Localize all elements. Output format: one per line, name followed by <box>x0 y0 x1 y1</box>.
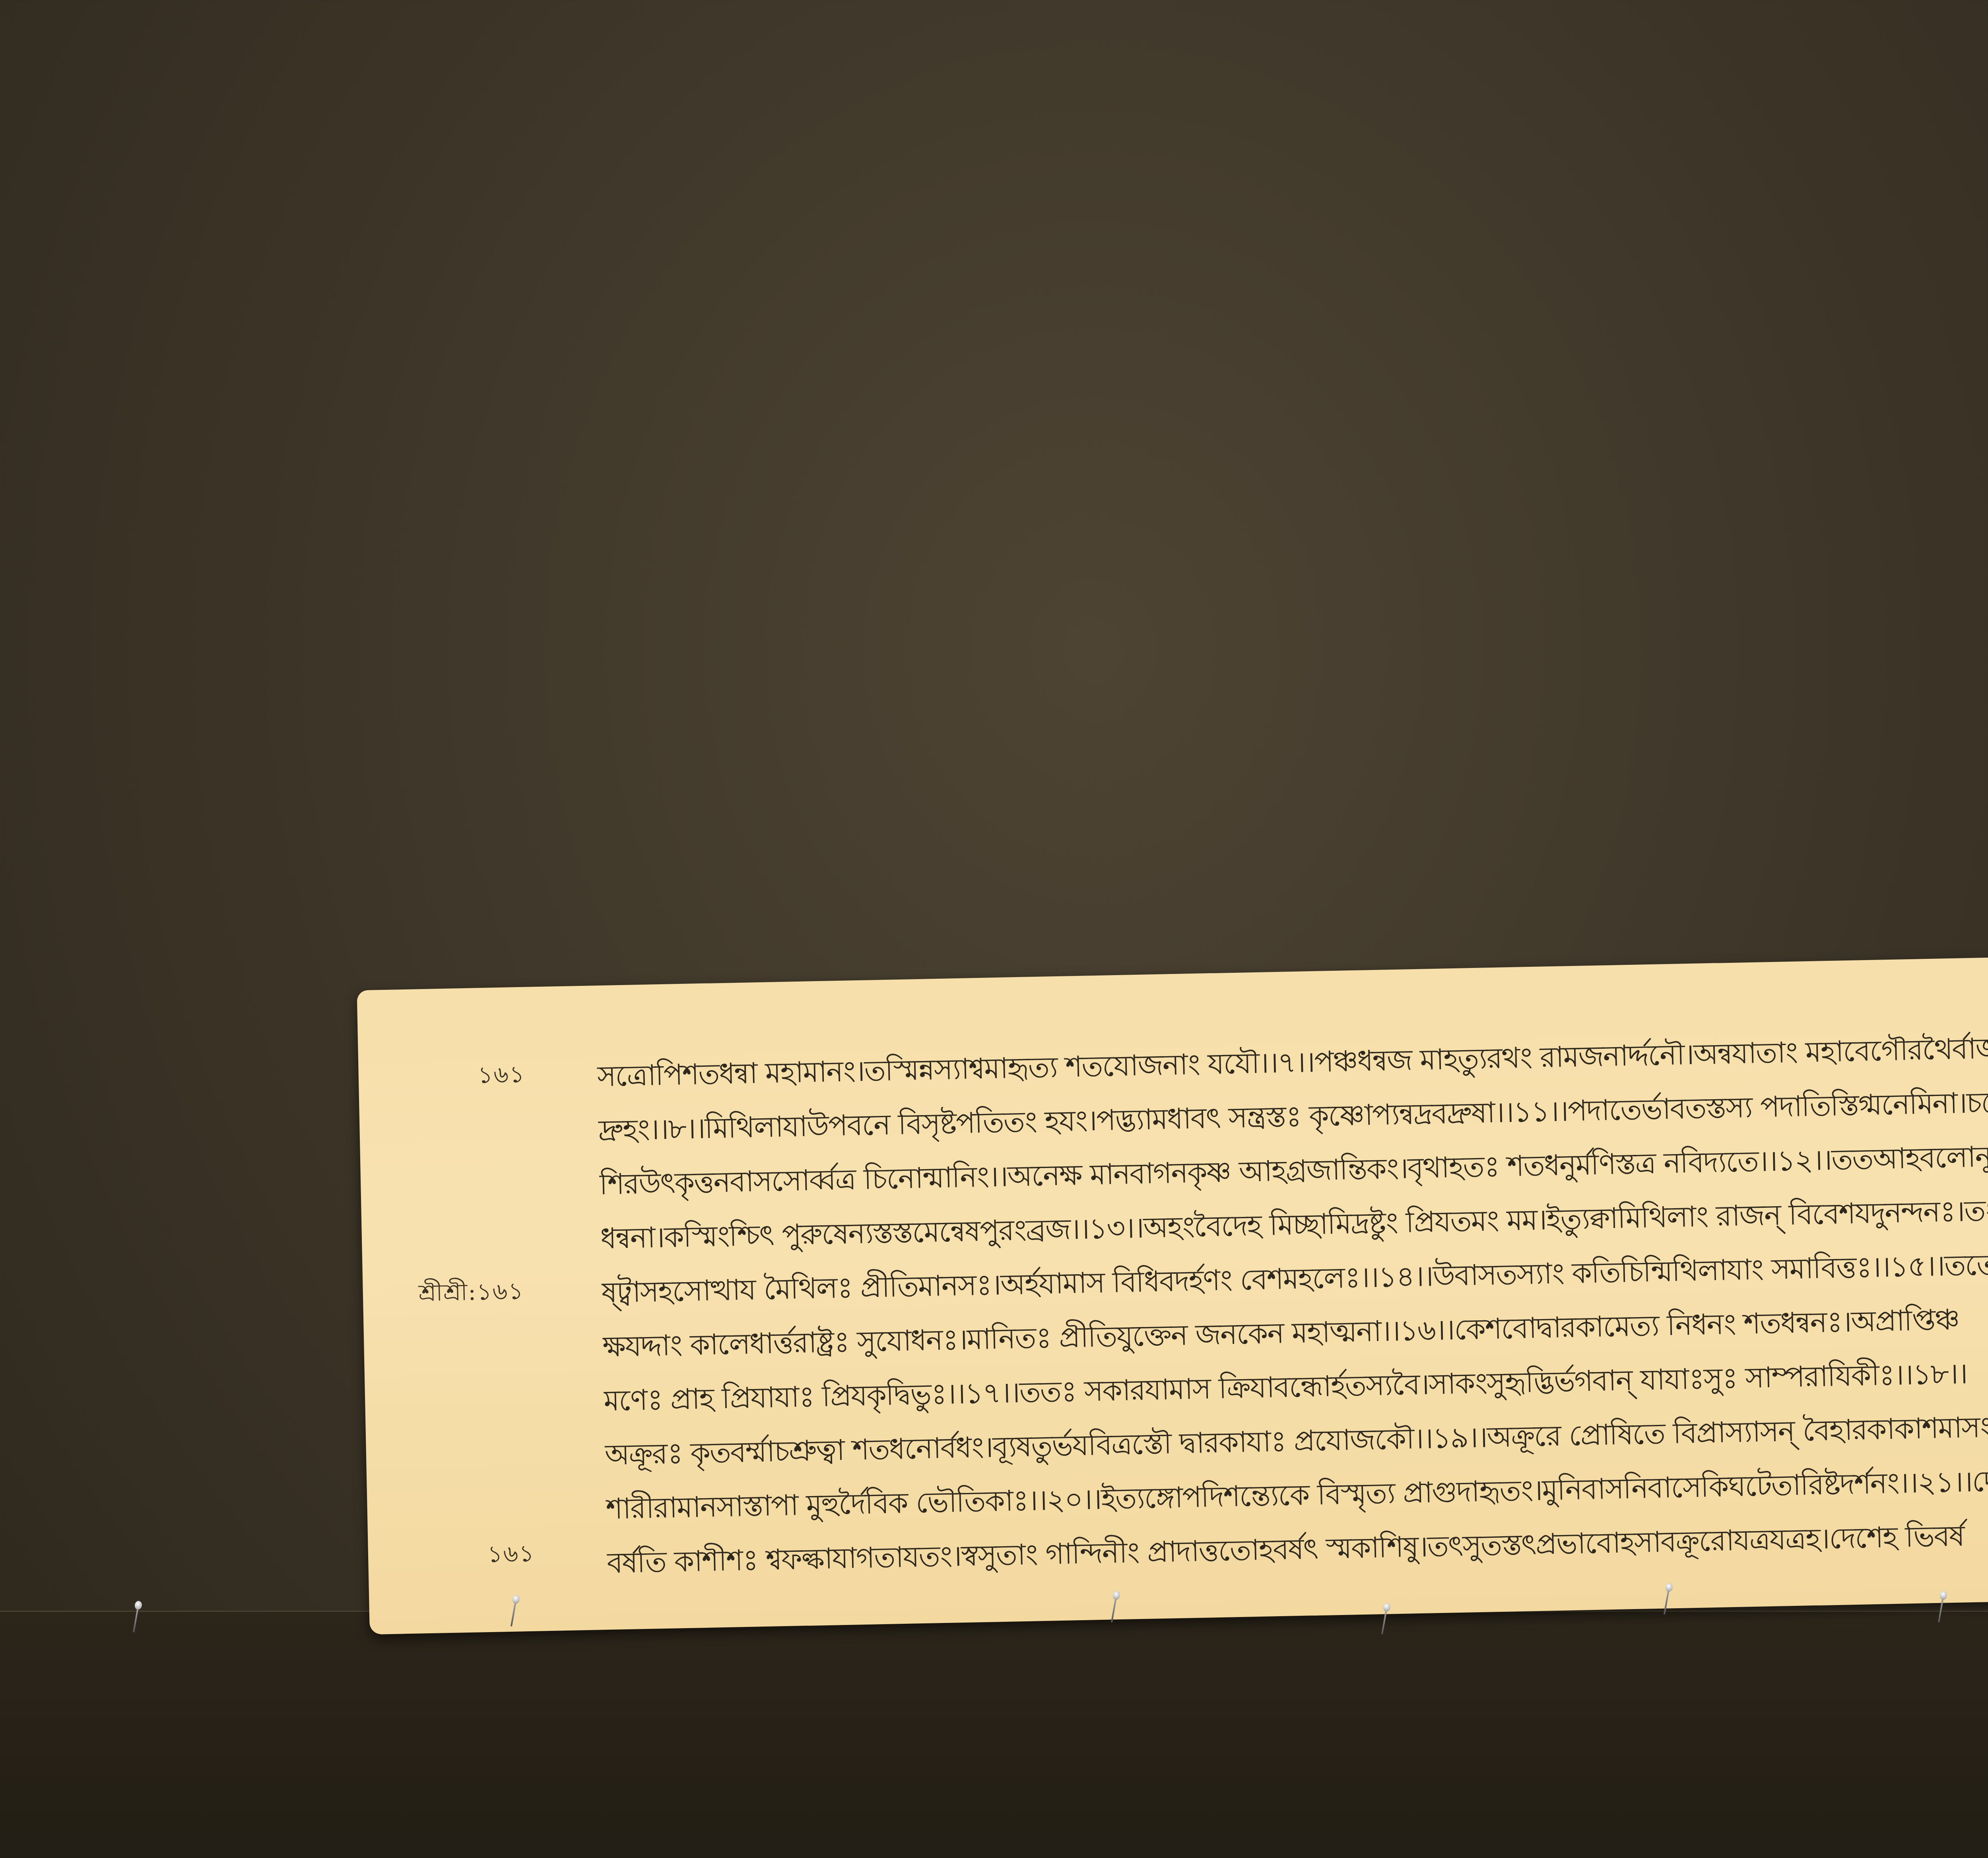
manuscript-leaf: ১৬১ শ্রীশ্রী:১৬১ ১৬১ ১৬১ শ্রীশ্রী:১৬১ ১৬… <box>357 950 1988 1634</box>
left-folio-mark-top: ১৬১ <box>478 1057 526 1096</box>
left-folio-mark-bottom: ১৬১ <box>487 1536 535 1575</box>
manuscript-text-block: সত্রোপিশতধন্বা মহামানং।তস্মিন্নস্যাশ্বমা… <box>597 1018 1988 1590</box>
left-margin-sri-mark: শ্রীশ্রী:১৬১ <box>418 1273 524 1314</box>
mounting-board-lower <box>0 1611 1988 1858</box>
